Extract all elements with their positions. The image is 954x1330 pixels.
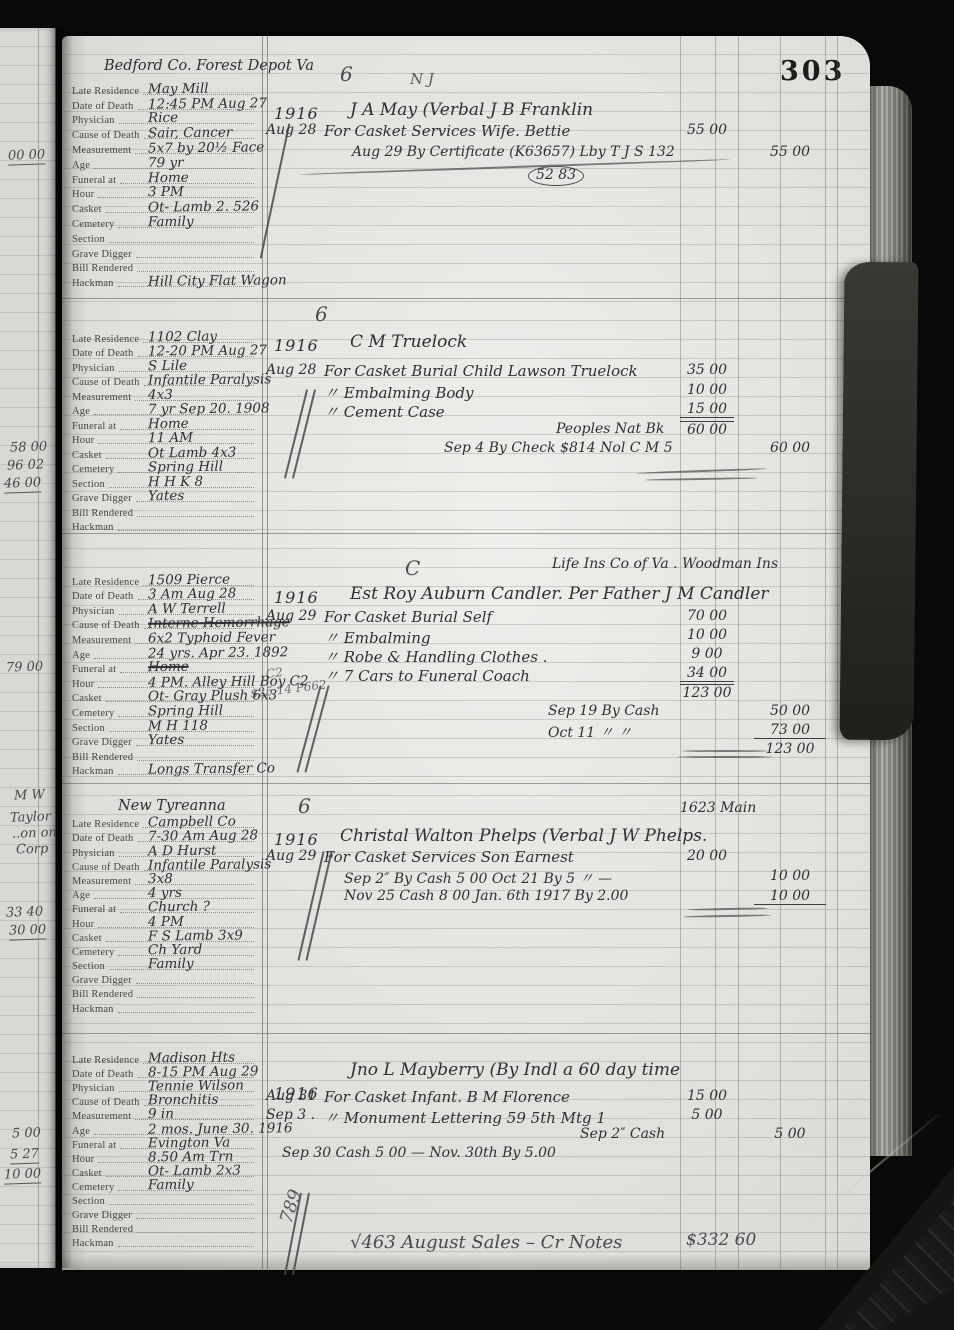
form-field-label: Cause of Death [72,1097,140,1108]
form-field-label: Bill Rendered [72,989,133,1000]
form-field-label: Measurement [72,635,131,646]
dotted-leader-line [109,233,254,243]
entry-description: 〃 Robe & Handling Clothes . [324,646,547,667]
charge-amount: 20 00 [680,848,734,864]
previous-page-fragment: Taylor [10,809,51,825]
payment-note: Sep 30 Cash 5 00 — Nov. 30th By 5.00 [282,1145,556,1161]
form-field-label: Hour [72,1154,94,1165]
corner-clasp-object [760,1130,954,1330]
form-field-value: 11 AM [148,430,193,446]
previous-page-fragment: 46 00 [4,475,42,493]
account-entry-line: 123 00 [262,741,870,761]
form-field-label: Grave Digger [72,249,132,260]
dotted-leader-line [119,114,254,124]
form-field-value: Spring Hill [148,703,223,720]
decedent-name-line: Est Roy Auburn Candler. Per Father J M C… [350,584,769,604]
form-field-label: Funeral at [72,904,116,915]
form-field-row: CemeteryFamily [62,1179,258,1193]
form-field-value: Spring Hill [148,459,223,476]
record-year: 1916 [274,336,319,355]
form-field-label: Age [72,160,90,171]
form-field-value: Family [148,214,194,230]
payment-note: Sep 2″ By Cash 5 00 Oct 21 By 5 〃 — [344,868,612,888]
form-field-row: Section [62,1193,258,1207]
form-field-label: Hour [72,189,94,200]
form-field-row: Bill Rendered [62,986,258,1000]
form-field-label: Grave Digger [72,493,132,504]
form-field-label: Physician [72,1083,115,1094]
dotted-leader-line [136,974,254,984]
entry-date: Aug 28 [266,122,316,138]
entry-date: Aug 29 [266,848,316,864]
form-field-row: HackmanLongs Transfer Co [62,763,258,778]
form-field-value: S Lile [148,357,187,373]
form-field-label: Bill Rendered [72,752,133,763]
form-field-label: Measurement [72,1111,131,1122]
ledger-record: Bedford Co. Forest Depot Va6Late Residen… [62,56,870,298]
form-field-label: Funeral at [72,175,116,186]
form-field-label: Bill Rendered [72,1224,133,1235]
form-field-label: Funeral at [72,421,116,432]
decedent-name-line: Jno L Mayberry (By Indl a 60 day time [350,1060,680,1080]
form-field-row: Measurement5x7 by 20½ Face [62,141,258,156]
pen-check-mark: 6 [315,302,328,326]
dotted-leader-line [137,988,254,998]
form-field-row: Grave Digger [62,972,258,986]
form-field-row: Hackman [62,1235,258,1249]
printed-form-column: Late ResidenceCampbell CoDate of Death7-… [62,816,258,1015]
account-entry-line: 〃 7 Cars to Funeral Coach34 00 [262,665,870,685]
account-entry-line: Sep 4 By Check $814 Nol C M 560 00 [262,440,870,460]
form-field-value: Family [148,956,194,972]
form-field-label: Late Residence [72,819,139,830]
form-field-label: Section [72,479,105,490]
form-field-row: Age79 yr [62,156,258,171]
decedent-name-line: J A May (Verbal J B Franklin [350,100,593,120]
form-field-label: Cause of Death [72,862,140,873]
decedent-name-line: C M Truelock [350,332,467,352]
form-field-label: Grave Digger [72,737,132,748]
entry-description: For Casket Burial Self [324,608,492,626]
entry-date: Aug 28 [266,362,316,378]
previous-page-fragment: 79 00 [6,659,44,675]
form-field-row: CemeteryFamily [62,215,258,230]
credit-amount: 73 00 [754,722,826,739]
form-field-row: Date of Death3 Am Aug 28 [62,588,258,603]
charge-amount: 123 00 [680,684,734,701]
account-entry-line: 123 00 [262,684,870,704]
entry-description: 〃 7 Cars to Funeral Coach [324,665,530,686]
form-field-label: Late Residence [72,334,139,345]
charge-amount: 15 00 [680,1088,734,1104]
account-area: 1623 Main1916Christal Walton Phelps (Ver… [262,792,870,1044]
form-field-row: Section [62,230,258,245]
form-field-value: Home [148,659,189,675]
form-field-label: Measurement [72,392,131,403]
account-area: N J1916J A May (Verbal J B FranklinAug 2… [262,56,870,298]
account-entry-line: 〃 Embalming Body10 00 [262,382,870,402]
entry-description: 〃 Cement Case [324,401,445,422]
form-field-label: Age [72,890,90,901]
entry-description: For Casket Burial Child Lawson Truelock [324,362,638,380]
account-entry-line: Aug 28For Casket Burial Child Lawson Tru… [262,362,870,382]
form-field-value: Rice [148,110,178,126]
printed-form-column: Late Residence1102 ClayDate of Death12-2… [62,330,258,533]
account-entry-line: Sep 3 .〃 Monument Lettering 59 5th Mtg 1… [262,1107,870,1127]
form-field-label: Date of Death [72,833,134,844]
form-field-label: Cemetery [72,464,114,475]
monthly-summary-line: √463 August Sales – Cr Notes [350,1232,622,1253]
credit-amount: 10 00 [754,868,826,884]
monthly-summary-amount: $332 60 [686,1230,756,1250]
form-field-label: Cause of Death [72,620,140,631]
form-field-label: Cause of Death [72,377,140,388]
account-entry-line: 52 83 [262,166,870,186]
form-field-label: Section [72,961,105,972]
form-field-row: Funeral atHome [62,661,258,676]
form-field-value: 4x3 [148,386,173,402]
form-field-label: Hackman [72,1004,114,1015]
charge-amount: 5 00 [680,1107,734,1123]
form-field-label: Section [72,1196,105,1207]
form-field-value: 3 PM [148,184,184,200]
form-field-row: CasketOt- Lamb 2. 526 [62,200,258,215]
decedent-name-line: Christal Walton Phelps (Verbal J W Phelp… [340,826,707,846]
dotted-leader-line [109,1195,254,1205]
credit-amount: 50 00 [754,703,826,719]
record-annotation: New Tyreanna [118,798,226,814]
previous-page-fragment: 5 00 [12,1125,41,1141]
form-field-row: Cause of DeathInfantile Paralysis [62,374,258,389]
form-field-label: Casket [72,450,102,461]
form-field-label: Late Residence [72,1055,139,1066]
charge-amount: 9 00 [680,646,734,662]
payment-note: Sep 4 By Check $814 Nol C M 5 [444,440,673,456]
ledger-record: New Tyreanna6Late ResidenceCampbell CoDa… [62,792,870,1044]
form-field-label: Date of Death [72,591,134,602]
previous-page-fragment: ..on on [12,825,57,842]
form-field-label: Section [72,723,105,734]
dotted-leader-line [137,751,254,761]
previous-page-edge: 00 0058 0096 0246 0079 00M WTaylor..on o… [0,28,56,1268]
form-field-label: Physician [72,606,115,617]
account-entry-line: Sep 2″ By Cash 5 00 Oct 21 By 5 〃 —10 00 [262,868,870,888]
dotted-leader-line [136,248,254,258]
dotted-leader-line [136,1209,254,1219]
form-field-row: Hackman [62,519,258,534]
form-field-label: Measurement [72,876,131,887]
form-field-label: Casket [72,693,102,704]
account-area: Life Ins Co of Va . Woodman Ins1916Est R… [262,564,870,790]
form-field-row: Measurement6x2 Typhoid Fever [62,631,258,646]
charge-amount: 34 00 [680,665,734,682]
payment-note: Oct 11 〃 〃 [548,722,632,742]
dotted-leader-line [137,1223,254,1233]
account-entry-line: 〃 Cement Case15 00 [262,401,870,421]
payment-note: Aug 29 By Certificate (K63657) Lby T J S… [352,144,675,160]
entry-description: For Casket Infant. B M Florence [324,1088,570,1106]
record-year: 1916 [274,104,319,123]
credit-amount: 10 00 [754,888,826,905]
form-field-label: Hackman [72,522,114,533]
circled-amount-note: 52 83 [528,166,584,186]
previous-page-fragment: M W [14,787,45,803]
credit-amount: 55 00 [754,144,826,160]
form-field-label: Cause of Death [72,130,140,141]
dotted-leader-line [137,507,254,517]
form-field-label: Hour [72,679,94,690]
previous-page-fragment: 33 40 [6,904,44,920]
form-field-label: Age [72,406,90,417]
account-entry-line: 〃 Robe & Handling Clothes .9 00 [262,646,870,666]
form-field-value: 9 in [148,1106,174,1122]
form-field-value: Yates [148,488,184,504]
account-entry-line: Aug 31For Casket Infant. B M Florence15 … [262,1088,870,1108]
form-field-row: Bill Rendered [62,504,258,519]
account-entry-line: Nov 25 Cash 8 00 Jan. 6th 1917 By 2.0010… [262,888,870,908]
ledger-record: CC2$25 14 P662Late Residence1509 PierceD… [62,564,870,790]
form-field-label: Date of Death [72,1069,134,1080]
form-field-label: Section [72,234,105,245]
form-field-label: Cemetery [72,708,114,719]
account-entry-line: 〃 Embalming10 00 [262,627,870,647]
form-field-label: Age [72,1126,90,1137]
form-field-label: Cemetery [72,219,114,230]
form-field-label: Physician [72,363,115,374]
form-field-label: Late Residence [72,86,139,97]
payment-note: Nov 25 Cash 8 00 Jan. 6th 1917 By 2.00 [344,888,628,904]
form-field-label: Casket [72,933,102,944]
record-year: 1916 [274,830,319,849]
form-field-label: Cemetery [72,1182,114,1193]
form-field-label: Grave Digger [72,1210,132,1221]
form-field-row: Grave DiggerYates [62,490,258,505]
form-field-row: SectionFamily [62,958,258,972]
form-field-label: Measurement [72,145,131,156]
charge-amount: 10 00 [680,382,734,398]
account-entry-line: Oct 11 〃 〃73 00 [262,722,870,742]
dotted-leader-line [118,1003,254,1013]
form-field-row: Grave DiggerYates [62,734,258,749]
account-entry-line: Aug 29For Casket Burial Self70 00 [262,608,870,628]
entry-description: 〃 Embalming Body [324,382,473,403]
entry-description: For Casket Services Son Earnest [324,848,574,866]
form-field-value: Longs Transfer Co [148,761,275,778]
form-field-row: CemeterySpring Hill [62,461,258,476]
entry-description: 〃 Embalming [324,627,431,648]
form-field-row: Hackman [62,1000,258,1014]
payment-note: Sep 2″ Cash [580,1126,665,1142]
form-field-row: Late ResidenceMay Mill [62,82,258,97]
previous-page-fragment: 58 00 [10,439,48,455]
form-field-label: Bill Rendered [72,508,133,519]
charge-amount: 60 00 [680,421,734,438]
form-field-value: Family [148,1177,194,1193]
form-field-label: Casket [72,1168,102,1179]
form-field-label: Hackman [72,1238,114,1249]
form-field-label: Hackman [72,766,114,777]
form-field-label: Cemetery [72,947,114,958]
form-field-label: Funeral at [72,1140,116,1151]
form-field-label: Funeral at [72,664,116,675]
form-field-label: Date of Death [72,348,134,359]
form-field-value: May Mill [148,80,209,97]
account-entry-line: Aug 29 By Certificate (K63657) Lby T J S… [262,144,870,164]
form-field-row: Grave Digger [62,245,258,260]
previous-page-cents-rule [38,28,39,1268]
form-field-value: Yates [148,732,184,748]
form-field-label: Casket [72,204,102,215]
previous-page-fragment: Corp [16,841,49,857]
form-field-label: Physician [72,115,115,126]
previous-page-fragment: 00 00 [8,147,46,165]
form-field-label: Date of Death [72,101,134,112]
form-field-label: Hackman [72,278,114,289]
record-separator-rule [62,298,870,299]
charge-amount: 15 00 [680,401,734,418]
form-field-label: Age [72,650,90,661]
torn-cover-edge [839,262,918,741]
account-entry-line: Peoples Nat Bk60 00 [262,421,870,441]
account-area: 1916C M TruelockAug 28For Casket Burial … [262,324,870,562]
address-note: 1623 Main [680,800,756,816]
form-field-row: Age7 yr Sep 20. 1908 [62,403,258,418]
previous-page-fragment: 30 00 [9,922,47,940]
form-field-row: CemeterySpring Hill [62,704,258,719]
form-field-row: Grave Digger [62,1207,258,1221]
form-field-row: Bill Rendered [62,1221,258,1235]
previous-page-fragment: 10 00 [4,1166,42,1184]
form-field-label: Hour [72,435,94,446]
form-field-label: Hour [72,919,94,930]
charge-amount: 35 00 [680,362,734,378]
account-entry-line: Sep 19 By Cash50 00 [262,703,870,723]
dotted-leader-line [137,262,254,272]
ledger-page: 303 Bedford Co. Forest Depot Va6Late Res… [62,36,870,1270]
form-field-row: Date of Death12-20 PM Aug 27 [62,345,258,360]
charge-amount: 70 00 [680,608,734,624]
form-field-label: Grave Digger [72,975,132,986]
record-annotation: Bedford Co. Forest Depot Va [104,58,314,74]
record-year: 1916 [274,588,319,607]
entry-description: For Casket Services Wife. Bettie [324,122,570,140]
insurance-note: Life Ins Co of Va . Woodman Ins [552,556,778,572]
pen-scribble: N J [410,70,434,88]
form-field-value: 79 yr [148,155,184,171]
printed-form-column: Late ResidenceMadison HtsDate of Death8-… [62,1052,258,1249]
account-entry-line: Aug 29For Casket Services Son Earnest20 … [262,848,870,868]
form-field-row: HackmanHill City Flat Wagon [62,274,258,289]
form-field-label: Bill Rendered [72,263,133,274]
printed-form-column: Late Residence1509 PierceDate of Death3 … [62,573,258,777]
entry-description: 〃 Monument Lettering 59 5th Mtg 1 [324,1107,606,1128]
payment-note: Peoples Nat Bk [556,421,664,437]
printed-form-column: Late ResidenceMay MillDate of Death12:45… [62,82,258,289]
payment-note: Sep 19 By Cash [548,703,659,719]
form-field-row: CasketOt- Gray Plush 6x3 [62,690,258,705]
entry-date: Aug 31 [266,1088,316,1104]
previous-page-fragment: 96 02 [7,457,45,473]
account-entry-line: Aug 28For Casket Services Wife. Bettie55… [262,122,870,142]
dotted-leader-line [118,1237,254,1247]
previous-page-fragment: 5 27 [10,1147,40,1165]
charge-amount: 10 00 [680,627,734,643]
scanned-ledger-photo: { "page": { "number": "303", "bottom_lin… [0,0,954,1330]
dotted-leader-line [118,521,254,531]
form-field-value: Hill City Flat Wagon [148,272,287,289]
form-field-label: Late Residence [72,577,139,588]
form-field-label: Physician [72,848,115,859]
credit-amount: 123 00 [754,741,826,757]
charge-amount: 55 00 [680,122,734,138]
ledger-record: 6Late Residence1102 ClayDate of Death12-… [62,324,870,562]
credit-amount: 60 00 [754,440,826,456]
